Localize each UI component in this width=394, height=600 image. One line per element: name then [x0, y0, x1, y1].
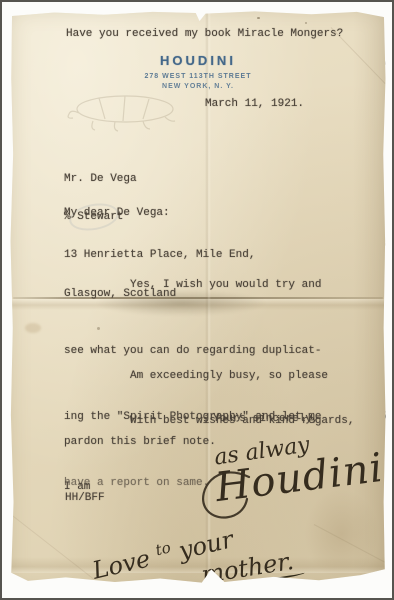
- paper-speck: [257, 17, 260, 19]
- salutation: My dear De Vega:: [64, 207, 170, 219]
- recipient-line: Mr. De Vega: [64, 173, 255, 186]
- margin-note: cant find one of your letters. How much …: [328, 57, 380, 477]
- typed-top-annotation: Have you received my book Miracle Monger…: [66, 28, 343, 40]
- typist-initials: HH/BFF: [65, 492, 105, 504]
- stain: [25, 323, 41, 333]
- letter-date: March 11, 1921.: [205, 98, 304, 110]
- body-line: Yes, I wish you would try and: [64, 274, 321, 296]
- photo-of-letter: { "letter": { "top_annotation": "Have yo…: [0, 0, 394, 600]
- ps-word-to: to: [154, 538, 173, 559]
- ps-word-love: Love: [90, 544, 153, 584]
- pencil-turtle-sketch: [59, 89, 187, 135]
- paper-speck: [305, 22, 307, 24]
- margin-note-line: cant find one of your letters. How much: [380, 57, 394, 477]
- letter-paper: Have you received my book Miracle Monger…: [9, 9, 387, 589]
- closing: Yours sincerely,: [213, 413, 319, 425]
